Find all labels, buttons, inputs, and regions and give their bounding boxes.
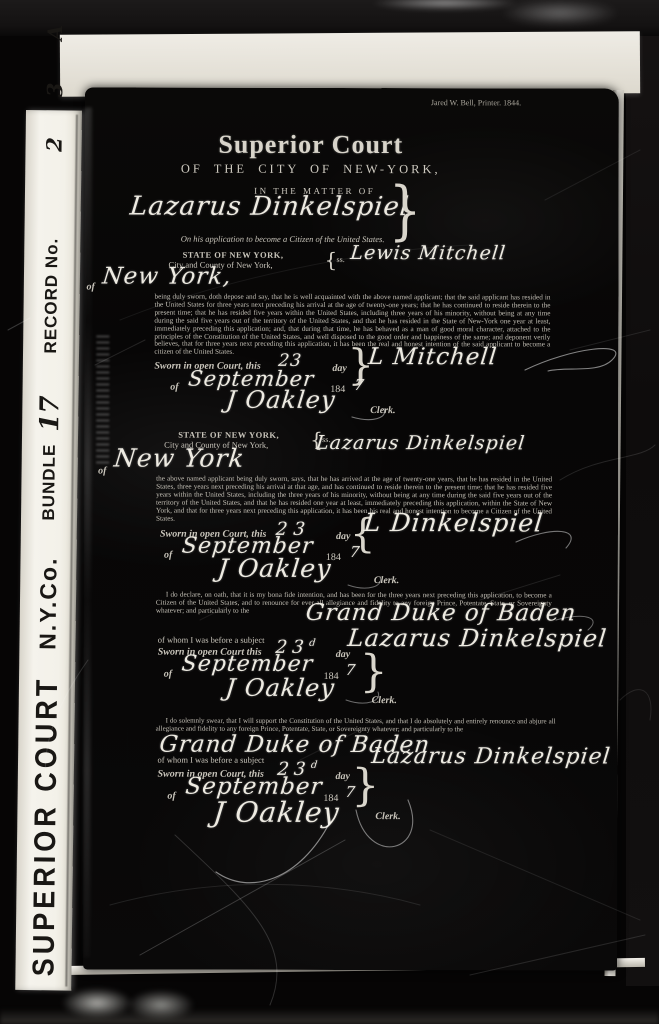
ss-label: ss.	[337, 255, 345, 264]
record-char: 2	[41, 137, 66, 152]
applicant-affidavit-section: STATE OF NEW YORK, City and County of Ne…	[85, 87, 619, 88]
clerk-signature: J Oakley	[216, 554, 333, 583]
light-band	[0, 1008, 659, 1024]
printer-credit: Jared W. Bell, Printer. 1844.	[431, 98, 521, 107]
day-suffix: d	[308, 638, 321, 649]
court-subtitle: OF THE CITY OF NEW-YORK,	[131, 162, 491, 178]
spine-highlight	[83, 107, 92, 957]
day-suffix: d	[310, 760, 323, 771]
sworn-brace: }	[360, 648, 388, 696]
of-word: of	[167, 791, 175, 802]
applicant-name-handwritten: Lazarus Dinkelspiel	[113, 192, 426, 223]
record-char: 3	[42, 82, 67, 97]
deponent-signature: L Dinkelspiel	[362, 508, 544, 537]
residence-handwritten: New York,	[101, 263, 233, 289]
of-word: of	[164, 669, 172, 680]
bundle-label-strip: SUPERIOR COURT N.Y.Co. BUNDLE 17 RECORD …	[15, 110, 82, 991]
clerk-label: Clerk.	[374, 575, 399, 586]
clerk-label: Clerk.	[372, 695, 397, 706]
clerk-signature: J Oakley	[224, 674, 336, 702]
bundle-court-label: SUPERIOR COURT	[26, 676, 64, 977]
archival-photo: SUPERIOR COURT N.Y.Co. BUNDLE 17 RECORD …	[0, 0, 659, 1024]
bundle-county-label: N.Y.Co.	[34, 556, 62, 650]
subject-line: of whom I was before a subject	[158, 635, 265, 645]
subject-line: of whom I was before a subject	[158, 755, 265, 765]
clerk-signature: J Oakley	[225, 386, 337, 414]
clerk-label: Clerk.	[375, 811, 400, 822]
witness-affidavit-section: STATE OF NEW YORK, City and County of Ne…	[85, 87, 619, 88]
illegible-spine-stamp	[96, 335, 109, 463]
clerk-signature: J Oakley	[212, 796, 342, 829]
allegiance-handwritten: Grand Duke of Baden	[304, 600, 577, 627]
court-record-page: Jared W. Bell, Printer. 1844. Superior C…	[83, 87, 619, 970]
of-word: of	[170, 382, 178, 393]
declaration-section: I do declare, on oath, that it is my bon…	[85, 87, 619, 88]
clerk-label: Clerk.	[370, 405, 395, 416]
matter-section: IN THE MATTER OF Lazarus Dinkelspiel } O…	[85, 87, 619, 88]
year-digit-handwritten: 7	[353, 376, 365, 394]
oath-section: I do solemnly swear, that I will support…	[85, 87, 619, 88]
deponent-signature: L Mitchell	[367, 344, 499, 370]
of-word: of	[164, 550, 172, 561]
day-label: day	[335, 771, 349, 782]
bundle-number: 17	[35, 395, 65, 432]
residence-handwritten: New York	[113, 444, 247, 473]
light-streak	[500, 0, 620, 26]
bundle-word-label: BUNDLE	[39, 444, 60, 521]
record-number-label: RECORD No.	[41, 238, 62, 354]
day-label: day	[332, 363, 346, 374]
deponent-name-handwritten: Lewis Mitchell	[349, 242, 507, 264]
court-title: Superior Court	[141, 130, 481, 161]
day-label: day	[336, 531, 350, 542]
year-digit-handwritten: 7	[345, 661, 357, 679]
deponent-signature: Lazarus Dinkelspiel	[370, 744, 612, 769]
venue-brace: {	[325, 248, 338, 272]
photo-right-field	[626, 36, 659, 986]
year-digit-handwritten: 7	[349, 543, 361, 561]
venue-line1: STATE OF NEW YORK,	[178, 430, 279, 440]
deponent-name-handwritten: Lazarus Dinkelspiel	[315, 432, 526, 454]
of-label: of	[98, 465, 106, 476]
year-digit-handwritten: 7	[344, 783, 356, 801]
venue-line1: STATE OF NEW YORK,	[183, 250, 284, 260]
of-label: of	[86, 281, 94, 292]
bundle-label-text: SUPERIOR COURT N.Y.Co. BUNDLE 17 RECORD …	[19, 118, 78, 985]
record-char: A	[43, 25, 67, 41]
